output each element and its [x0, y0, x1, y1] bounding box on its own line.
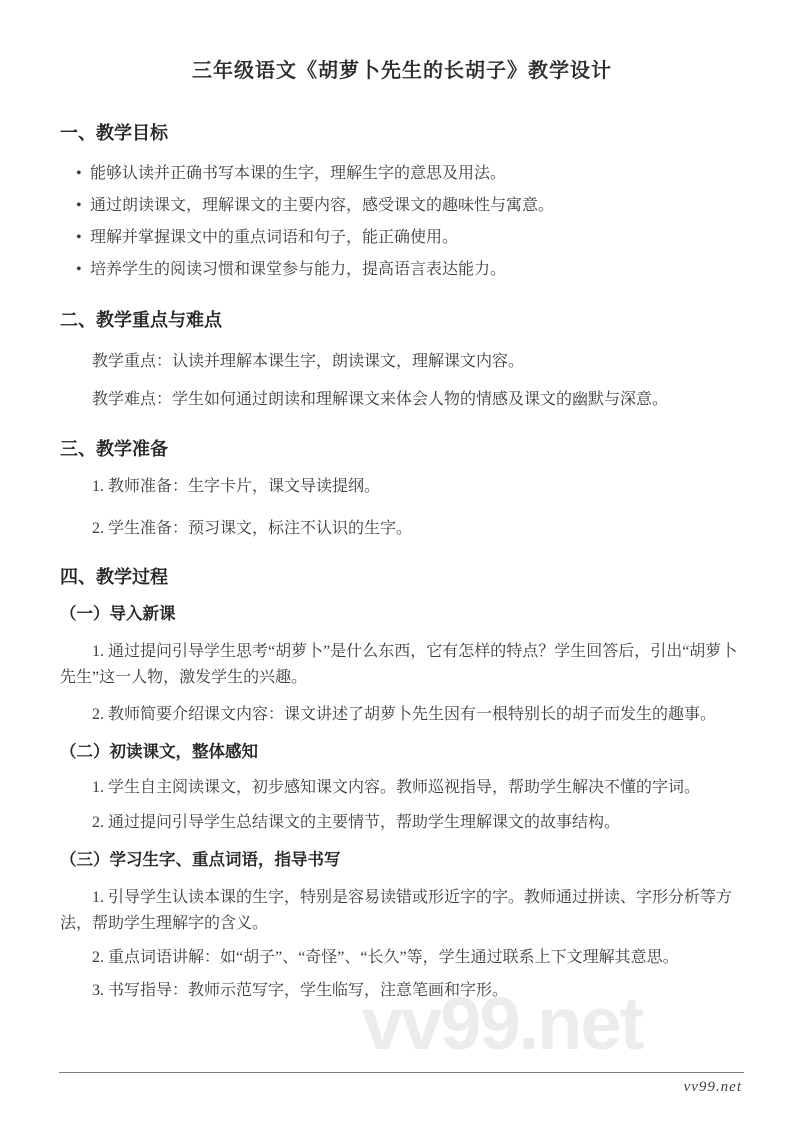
objective-item: 理解并掌握课文中的重点词语和句子，能正确使用。	[60, 226, 744, 250]
page-title: 三年级语文《胡萝卜先生的长胡子》教学设计	[60, 0, 744, 85]
process-step: 1. 引导学生认读本课的生字，特别是容易读错或形近字的字。教师通过拼读、字形分析…	[60, 885, 744, 937]
footer-site-label: vv99.net	[684, 1079, 742, 1096]
objectives-list: 能够认读并正确书写本课的生字，理解生字的意思及用法。 通过朗读课文，理解课文的主…	[60, 162, 744, 282]
preparation-item: 1. 教师准备：生字卡片，课文导读提纲。	[60, 474, 744, 500]
subsection-heading-first-reading: （二）初读课文，整体感知	[60, 740, 744, 764]
process-step: 2. 重点词语讲解：如“胡子”、“奇怪”、“长久”等，学生通过联系上下文理解其意…	[60, 945, 744, 971]
subsection-heading-characters: （三）学习生字、重点词语，指导书写	[60, 848, 744, 872]
process-step: 1. 通过提问引导学生思考“胡萝卜”是什么东西，它有怎样的特点？学生回答后，引出…	[60, 639, 744, 691]
difficult-point-paragraph: 教学难点：学生如何通过朗读和理解课文来体会人物的情感及课文的幽默与深意。	[60, 387, 744, 413]
process-step: 2. 通过提问引导学生总结课文的主要情节，帮助学生理解课文的故事结构。	[60, 810, 744, 836]
document-content: 三年级语文《胡萝卜先生的长胡子》教学设计 一、教学目标 能够认读并正确书写本课的…	[0, 0, 800, 1004]
process-step: 1. 学生自主阅读课文，初步感知课文内容。教师巡视指导，帮助学生解决不懂的字词。	[60, 775, 744, 801]
objective-item: 培养学生的阅读习惯和课堂参与能力，提高语言表达能力。	[60, 258, 744, 282]
process-step: 2. 教师简要介绍课文内容：课文讲述了胡萝卜先生因有一根特别长的胡子而发生的趣事…	[60, 702, 744, 728]
key-point-paragraph: 教学重点：认读并理解本课生字，朗读课文，理解课文内容。	[60, 349, 744, 375]
section-heading-objectives: 一、教学目标	[60, 121, 744, 145]
section-heading-preparation: 三、教学准备	[60, 437, 744, 461]
footer-divider	[59, 1072, 744, 1073]
process-step: 3. 书写指导：教师示范写字，学生临写，注意笔画和字形。	[60, 978, 744, 1004]
section-heading-key-points: 二、教学重点与难点	[60, 308, 744, 332]
objective-item: 能够认读并正确书写本课的生字，理解生字的意思及用法。	[60, 162, 744, 186]
section-heading-process: 四、教学过程	[60, 565, 744, 589]
subsection-heading-intro: （一）导入新课	[60, 602, 744, 626]
objective-item: 通过朗读课文，理解课文的主要内容，感受课文的趣味性与寓意。	[60, 194, 744, 218]
document-page: vv99.net 三年级语文《胡萝卜先生的长胡子》教学设计 一、教学目标 能够认…	[0, 0, 800, 1130]
preparation-item: 2. 学生准备：预习课文，标注不认识的生字。	[60, 516, 744, 542]
